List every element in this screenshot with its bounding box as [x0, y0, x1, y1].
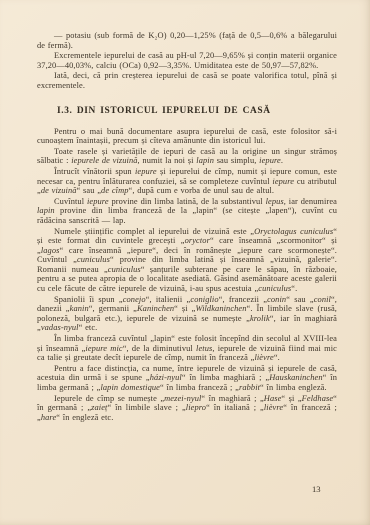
text-run: Excrementele iepurelui de casă au pH-ul … — [37, 51, 337, 70]
text-run: “, după cum e vorba de unul sau de altul… — [129, 186, 275, 195]
text-run: provine din limba franceză de la „lapin“… — [37, 206, 337, 225]
paragraph: Întrucît vînătorii spun iepure și iepure… — [37, 167, 337, 196]
italic-text-run: Hase — [264, 394, 282, 403]
paragraph: Iepurele de cîmp se numește „mezei-nyul“… — [37, 394, 337, 423]
text-run: Cuvîntul — [54, 197, 87, 206]
italic-text-run: Feldhase — [302, 394, 334, 403]
text-run: “, de la diminutivul — [123, 344, 196, 353]
paragraph: Numele științific complet al iepurelui d… — [37, 227, 337, 294]
text-run: “. — [274, 353, 280, 362]
text-run: “. — [291, 284, 297, 293]
text-run: sau simplu, — [214, 156, 259, 165]
italic-text-run: iepure — [272, 177, 294, 186]
italic-text-run: krolik — [250, 314, 270, 323]
text-run: , iar denumirea — [284, 197, 337, 206]
italic-text-run: mezei-nyul — [164, 394, 201, 403]
text-run: “ sau „ — [286, 295, 314, 304]
italic-text-run: Oryctolagus cuniculus — [254, 227, 333, 236]
italic-text-run: liepro — [186, 403, 206, 412]
italic-text-run: hare — [41, 413, 56, 422]
text-run: “, italienii „ — [146, 295, 191, 304]
text-run: “ în limbile slave ; „ — [107, 403, 185, 412]
italic-text-run: coniglio — [190, 295, 218, 304]
text-run: “ și „ — [281, 394, 301, 403]
paragraph: Spaniolii îi spun „conejo“, italienii „c… — [37, 295, 337, 333]
text-run: “ în maghiară ; „ — [201, 394, 263, 403]
italic-text-run: lapin domestique — [100, 383, 160, 392]
italic-text-run: cuniculus — [77, 255, 110, 264]
paragraph: — potasiu (sub formă de K₂O) 0,20—1,25% … — [37, 31, 337, 50]
italic-text-run: iepure mic — [85, 344, 122, 353]
italic-text-run: conejo — [123, 295, 146, 304]
text-run: “ în limba franceză ; „ — [160, 383, 239, 392]
paragraph: În limba franceză cuvîntul „lapin“ este … — [37, 334, 337, 363]
text-run: Întrucît vînătorii spun — [54, 167, 135, 176]
text-run: “, francezii „ — [219, 295, 267, 304]
text-run: Numele științific complet al iepurelui d… — [54, 227, 254, 236]
italic-text-run: házi-nyul — [150, 373, 182, 382]
italic-text-run: iepurele de vizuină — [71, 156, 137, 165]
paragraph: Iată, deci, că prin creșterea iepurelui … — [37, 71, 337, 90]
italic-text-run: zaieț — [91, 403, 107, 412]
text-run: Iepurele de cîmp se numește „ — [54, 394, 164, 403]
italic-text-run: lièvre — [254, 353, 273, 362]
italic-text-run: lagos — [41, 246, 60, 255]
page-body: — potasiu (sub formă de K₂O) 0,20—1,25% … — [37, 31, 337, 423]
italic-text-run: kanin — [70, 304, 89, 313]
italic-text-run: iepure — [259, 156, 281, 165]
italic-text-run: oryctor — [185, 236, 210, 245]
text-run: . — [281, 156, 283, 165]
italic-text-run: cuniculus — [108, 265, 141, 274]
text-run: Spaniolii îi spun „ — [54, 295, 123, 304]
intro-paragraphs: — potasiu (sub formă de K₂O) 0,20—1,25% … — [37, 31, 337, 91]
text-run: Pentru o mai bună documentare asupra iep… — [37, 127, 337, 146]
italic-text-run: vadas-nyul — [41, 323, 79, 332]
book-page: — potasiu (sub formă de K₂O) 0,20—1,25% … — [0, 0, 370, 525]
text-run: Iată, deci, că prin creșterea iepurelui … — [37, 71, 337, 90]
italic-text-run: lièvre — [264, 403, 283, 412]
italic-text-run: conin — [267, 295, 286, 304]
italic-text-run: iepure — [87, 197, 109, 206]
text-run: “ în limba engleză. — [260, 383, 327, 392]
text-run: , numit la noi și — [138, 156, 197, 165]
text-run: provine din limba latină, de la substant… — [109, 197, 266, 206]
text-run: “ în engleză etc. — [56, 413, 113, 422]
italic-text-run: Wildkaninchen — [195, 304, 246, 313]
italic-text-run: conil — [314, 295, 331, 304]
italic-text-run: de cîmp — [101, 186, 128, 195]
paragraph: Excrementele iepurelui de casă au pH-ul … — [37, 51, 337, 70]
italic-text-run: de vizuină — [41, 186, 77, 195]
italic-text-run: lapin — [196, 156, 214, 165]
text-run: — potasiu (sub formă de K₂O) 0,20—1,25% … — [37, 31, 337, 50]
paragraph: Toate rasele și varietățile de iepuri de… — [37, 147, 337, 166]
text-run: “ sau „ — [77, 186, 102, 195]
text-run: “ în italiană ; „ — [206, 403, 264, 412]
section-heading: I.3. DIN ISTORICUL IEPURELUI DE CASĂ — [37, 105, 337, 117]
paragraph: Pentru a face distincția, ca nume, între… — [37, 364, 337, 393]
page-number: 13 — [312, 484, 321, 494]
italic-text-run: cuniculus — [258, 284, 291, 293]
italic-text-run: rabbit — [239, 383, 260, 392]
text-run: “ și „ — [174, 304, 195, 313]
italic-text-run: iepure — [135, 167, 157, 176]
section-paragraphs: Pentru o mai bună documentare asupra iep… — [37, 127, 337, 423]
italic-text-run: letus — [196, 344, 212, 353]
italic-text-run: Kaninchen — [137, 304, 174, 313]
text-run: “, germanii „ — [89, 304, 137, 313]
paragraph: Pentru o mai bună documentare asupra iep… — [37, 127, 337, 146]
italic-text-run: lepus — [266, 197, 284, 206]
italic-text-run: Hauskaninchen — [269, 373, 322, 382]
italic-text-run: lapin — [37, 206, 55, 215]
text-run: “ în limba maghiară ; „ — [182, 373, 269, 382]
paragraph: Cuvîntul iepure provine din limba latină… — [37, 197, 337, 226]
text-run: “ etc. — [79, 323, 98, 332]
